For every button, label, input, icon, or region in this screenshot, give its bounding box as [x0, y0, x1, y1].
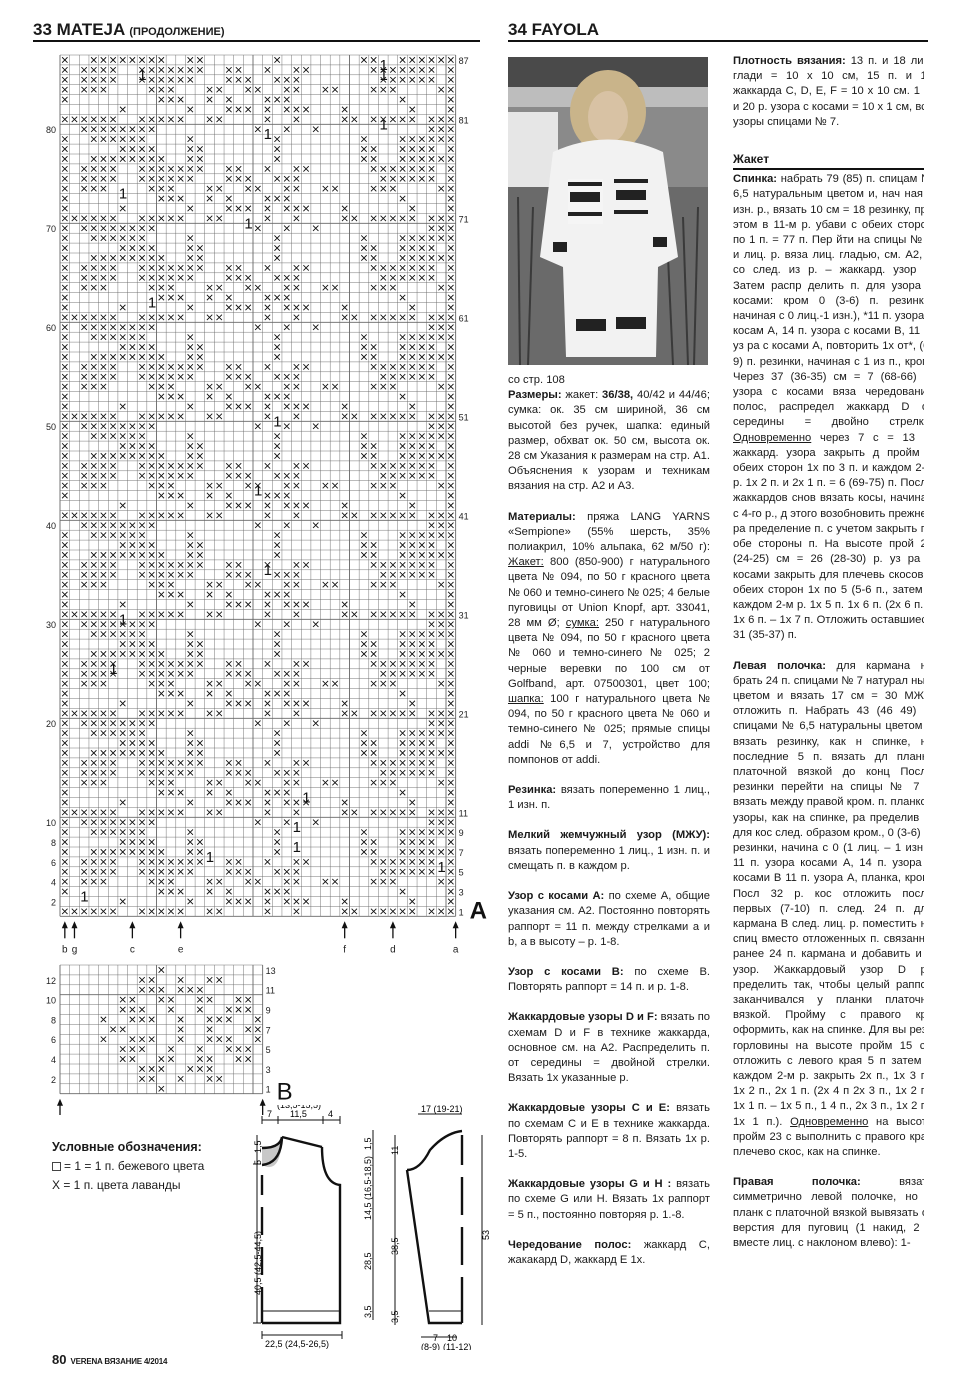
row-label-right: 41	[459, 511, 469, 521]
dim-shoulder-right: 4	[328, 1109, 333, 1119]
stitch-count-1: 1	[80, 889, 88, 906]
chart-a-label: A	[470, 897, 487, 924]
arrow-label-a: a	[453, 944, 459, 955]
row-label-left: 40	[46, 521, 56, 531]
svg-text:53: 53	[481, 1230, 491, 1240]
jacquard-gh-paragraph: Жаккардовые узоры G и H : вязать по схем…	[508, 1177, 710, 1223]
dim-left-1: 1,5	[253, 1140, 263, 1153]
magazine-issue: VERENA ВЯЗАНИЕ 4/2014	[70, 1357, 167, 1366]
row-label-right: 31	[459, 610, 469, 620]
row-label-left: 8	[51, 838, 56, 848]
knitting-chart-b: 24681012135791113B	[35, 960, 300, 1115]
sleeve-schematic: 17 (19-21) 11 38,5 3,5 53 7 10 (8-9) (11…	[385, 1105, 500, 1350]
row-label-right: 9	[459, 828, 464, 838]
empty-square-icon	[52, 1162, 61, 1171]
svg-text:38,5: 38,5	[390, 1237, 400, 1255]
row-label-left: 2	[51, 1075, 56, 1085]
svg-text:(11-12): (11-12)	[443, 1342, 471, 1350]
arrow-label-f: f	[343, 944, 346, 955]
row-label-left: 2	[51, 897, 56, 907]
stitch-count-1: 1	[264, 562, 272, 579]
row-label-left: 80	[46, 125, 56, 135]
arrow-label-e: e	[178, 944, 184, 955]
stitch-count-1: 1	[293, 839, 301, 856]
row-label-right: 87	[459, 56, 469, 66]
stitch-count-1: 1	[379, 57, 387, 74]
legend-title: Условные обозначения:	[52, 1138, 252, 1157]
cable-a-paragraph: Узор с косами А: по схеме А, общие указа…	[508, 889, 710, 950]
jacquard-df-paragraph: Жаккардовые узоры D и F: вязать по схема…	[508, 1010, 710, 1086]
page-header-right: 34 FAYOLA	[508, 20, 928, 42]
row-label-right: 51	[459, 412, 469, 422]
svg-text:(8-9): (8-9)	[421, 1342, 440, 1350]
back-paragraph: Спинка: набрать 79 (85) п. спицам № 6,5 …	[733, 172, 933, 643]
row-label-left: 4	[51, 1055, 56, 1065]
stitch-count-1: 1	[437, 859, 445, 876]
stitch-count-1: 1	[273, 413, 281, 430]
row-label-right: 61	[459, 313, 469, 323]
row-label-left: 70	[46, 224, 56, 234]
model-photo	[508, 57, 708, 365]
middle-text-column: со стр. 108 Размеры: жакет: 36/38, 40/42…	[508, 373, 710, 1283]
pattern-34-title: 34 FAYOLA	[508, 20, 599, 39]
row-label-right: 11	[266, 986, 275, 996]
row-label-left: 10	[46, 818, 56, 828]
arrow-label-b: b	[62, 944, 68, 955]
row-label-left: 50	[46, 422, 56, 432]
row-label-right: 1	[459, 907, 464, 917]
dim-sleeve-top: 17 (19-21)	[421, 1105, 463, 1114]
row-label-right: 11	[459, 808, 468, 818]
dim-neck-sizes: (13,5-15,5)	[277, 1105, 321, 1110]
sizes-paragraph: Размеры: жакет: 36/38, 40/42 и 44/46; су…	[508, 388, 710, 494]
pattern-33-subtitle: (ПРОДОЛЖЕНИЕ)	[129, 26, 224, 38]
svg-text:14,5 (16,5-18,5): 14,5 (16,5-18,5)	[363, 1156, 373, 1220]
seed-stitch-paragraph: Мелкий жемчужный узор (МЖУ): вязать попе…	[508, 828, 710, 874]
stitch-count-1: 1	[264, 126, 272, 143]
row-label-right: 7	[266, 1025, 271, 1035]
legend-item-lavender: X = 1 п. цвета лаванды	[52, 1176, 252, 1195]
from-page-note: со стр. 108	[508, 373, 710, 388]
row-label-left: 30	[46, 620, 56, 630]
svg-text:28,5: 28,5	[363, 1252, 373, 1270]
jacquard-ce-paragraph: Жаккардовые узоры C и E: вязать по схема…	[508, 1101, 710, 1162]
page-header-left: 33 MATEJA (ПРОДОЛЖЕНИЕ)	[33, 20, 480, 42]
row-label-right: 13	[266, 966, 276, 976]
stitch-count-1: 1	[119, 186, 127, 203]
stitch-count-1: 1	[244, 215, 252, 232]
dim-neck: 11,5	[290, 1109, 307, 1119]
knitting-chart-a: 1111111111111111111246810203040506070801…	[35, 50, 500, 965]
row-label-right: 71	[459, 214, 469, 224]
legend-item-beige: = 1 = 1 п. бежевого цвета	[52, 1157, 252, 1176]
row-label-right: 81	[459, 115, 469, 125]
dim-bottom-width: 22,5 (24,5-26,5)	[265, 1339, 329, 1349]
row-label-left: 8	[51, 1015, 56, 1025]
row-label-left: 4	[51, 878, 56, 888]
page-number: 80	[52, 1352, 66, 1367]
row-label-left: 6	[51, 858, 56, 868]
row-label-right: 7	[459, 848, 464, 858]
row-label-left: 6	[51, 1035, 56, 1045]
stitch-count-1: 1	[379, 116, 387, 133]
jacket-heading: Жакет	[733, 152, 933, 170]
rib-paragraph: Резинка: вязать попеременно 1 лиц., 1 из…	[508, 783, 710, 813]
dim-left-2: 5	[253, 1160, 263, 1165]
svg-text:11: 11	[390, 1146, 400, 1155]
svg-text:1,5: 1,5	[363, 1137, 373, 1150]
right-text-column: Плотность вязания: 13 п. и 18 лиц. глади…	[733, 54, 933, 1266]
row-label-left: 60	[46, 323, 56, 333]
row-label-right: 1	[266, 1085, 271, 1095]
dim-left-3: 40,5 (42,5-44,5)	[253, 1231, 263, 1295]
row-label-left: 12	[46, 976, 56, 986]
row-label-right: 9	[266, 1006, 271, 1016]
pattern-33-title: 33 MATEJA	[33, 20, 125, 39]
stitch-count-1: 1	[138, 67, 146, 84]
row-label-right: 5	[266, 1045, 271, 1055]
arrow-label-c: c	[130, 944, 135, 955]
left-front-paragraph: Левая полочка: для кармана на брать 24 п…	[733, 659, 933, 1161]
svg-text:3,5: 3,5	[363, 1305, 373, 1318]
stitch-count-1: 1	[148, 295, 156, 312]
chart-b-label: B	[277, 1079, 293, 1106]
chart-legend: Условные обозначения: = 1 = 1 п. бежевог…	[52, 1138, 252, 1195]
row-label-right: 3	[266, 1065, 271, 1075]
page-footer: 80VERENA ВЯЗАНИЕ 4/2014	[52, 1352, 167, 1367]
row-label-right: 21	[459, 709, 469, 719]
materials-paragraph: Материалы: пряжа LANG YARNS «Sempione» (…	[508, 510, 710, 768]
row-label-left: 10	[46, 996, 56, 1006]
page-edge-crop	[924, 54, 960, 1386]
row-label-right: 3	[459, 888, 464, 898]
stripes-paragraph: Чередование полос: жаккард C, жакакард D…	[508, 1238, 710, 1268]
row-label-left: 20	[46, 719, 56, 729]
stitch-count-1: 1	[206, 849, 214, 866]
gauge-paragraph: Плотность вязания: 13 п. и 18 лиц. глади…	[733, 54, 933, 130]
stitch-count-1: 1	[254, 483, 262, 500]
stitch-count-1: 1	[109, 661, 117, 678]
arrow-label-d: d	[390, 944, 396, 955]
dim-shoulder-left: 7	[267, 1109, 272, 1119]
arrow-label-g: g	[72, 944, 78, 955]
right-front-paragraph: Правая полочка: вязать симметрично левой…	[733, 1175, 933, 1251]
stitch-count-1: 1	[119, 611, 127, 628]
cable-b-paragraph: Узор с косами В: по схеме В. Повторять р…	[508, 965, 710, 995]
stitch-count-1: 1	[302, 790, 310, 807]
svg-text:3,5: 3,5	[390, 1310, 400, 1323]
stitch-count-1: 1	[293, 819, 301, 836]
woman-in-cardigan-image	[508, 57, 708, 365]
row-label-right: 5	[459, 868, 464, 878]
